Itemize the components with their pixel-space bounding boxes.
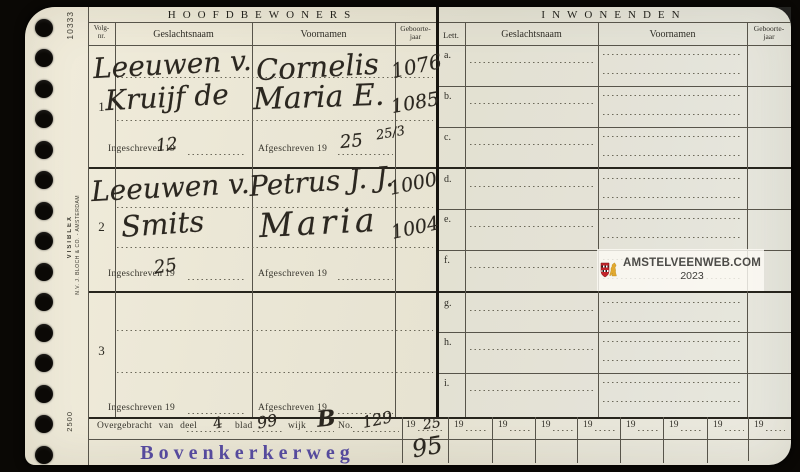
punch-hole	[35, 354, 53, 372]
column-header-volgnr: Volg- nr.	[88, 25, 115, 40]
grid-line	[492, 417, 493, 463]
column-header-voornamen: Voornamen	[252, 29, 395, 40]
year-cell-label: 19	[669, 420, 679, 430]
wijk-label: wijk	[288, 421, 306, 431]
printer-company-label: N.V. J. BLOCH & CO. - AMSTERDAM	[75, 195, 81, 295]
column-header-geboortejaar: Geboorte- jaar	[395, 25, 436, 41]
afgeschreven-label: Afgeschreven 19	[258, 269, 327, 279]
street-name-stamp: Bovenkerkerweg	[120, 442, 375, 465]
grid-line	[535, 417, 536, 463]
inwonenden-row: h.	[437, 332, 791, 373]
writing-line	[188, 154, 246, 155]
row-letter: h.	[444, 337, 452, 348]
inwonenden-row: b.	[437, 86, 791, 127]
punch-hole	[35, 19, 53, 37]
writing-line	[638, 430, 659, 431]
grid-line	[620, 417, 621, 463]
punch-hole	[35, 263, 53, 281]
grid-line	[402, 417, 403, 463]
ingeschreven-label: Ingeschreven 19	[108, 403, 175, 413]
grid-line	[707, 417, 708, 463]
writing-line	[117, 247, 433, 248]
punch-hole	[35, 415, 53, 433]
margin-line	[88, 7, 89, 465]
punch-hole	[35, 446, 53, 464]
writing-line	[725, 430, 744, 431]
punch-hole	[35, 171, 53, 189]
row-letter: a.	[444, 50, 451, 61]
row-letter: c.	[444, 132, 451, 143]
logo-year: 2023	[680, 270, 703, 283]
row-letter: e.	[444, 214, 451, 225]
row-letter: b.	[444, 91, 452, 102]
handwritten-year-below: 95	[410, 431, 445, 464]
punch-hole	[35, 49, 53, 67]
amstelveen-coat-of-arms-icon	[600, 254, 620, 286]
no-label: No.	[338, 421, 353, 431]
card-serial-number: 10333	[65, 11, 75, 40]
logo-text: AMSTELVEENWEB.COM 2023	[623, 257, 761, 283]
grid-line	[252, 22, 253, 417]
punch-hole	[35, 80, 53, 98]
column-header-lett: Lett.	[437, 30, 465, 40]
writing-line	[187, 431, 232, 432]
handwritten-surname: Leeuwen v.	[90, 167, 250, 208]
logo-site-name: AMSTELVEENWEB.COM	[623, 257, 761, 270]
column-header-geslachtsnaam: Geslachtsnaam	[115, 29, 252, 40]
handwritten-no: 129	[360, 407, 394, 432]
grid-line	[88, 22, 791, 23]
print-run-number: 2500	[65, 411, 74, 432]
writing-line	[681, 430, 703, 431]
amstelveenweb-logo: AMSTELVEENWEB.COM 2023	[597, 249, 764, 291]
handwritten-surname: Smits	[120, 204, 205, 244]
year-cell-label: 19	[713, 420, 723, 430]
column-header-voornamen-2: Voornamen	[598, 29, 747, 40]
row-letter: i.	[444, 378, 449, 389]
handwritten-ingeschreven-year: 25	[153, 255, 179, 279]
year-cell-label: 19	[626, 420, 636, 430]
inwonenden-row: a.	[437, 45, 791, 86]
column-header-geboortejaar-2: Geboorte- jaar	[747, 25, 791, 41]
inwonenden-row: g.	[437, 293, 791, 334]
writing-line	[253, 431, 283, 432]
block-number: 3	[88, 343, 115, 359]
punch-hole	[35, 202, 53, 220]
writing-line	[117, 120, 433, 121]
writing-line	[766, 430, 785, 431]
handwritten-surname: Leeuwen v.	[92, 44, 252, 85]
handwritten-surname: Kruijf de	[104, 78, 229, 117]
handwritten-birthyear: 1085	[389, 88, 440, 118]
writing-line	[466, 430, 488, 431]
row-letter: d.	[444, 174, 452, 185]
inwonenden-row: c.	[437, 127, 791, 168]
inwonenden-row: e.	[437, 209, 791, 250]
handwritten-afgeschreven-year: 25	[339, 130, 364, 153]
writing-line	[117, 372, 433, 373]
afgeschreven-label: Afgeschreven 19	[258, 144, 327, 154]
year-cell-label: 19	[754, 420, 764, 430]
writing-line	[188, 279, 246, 280]
grid-line	[448, 417, 449, 463]
block-number: 2	[88, 219, 115, 235]
column-header-geboortejaar2-line2: jaar	[763, 32, 774, 41]
handwritten-firstname: Maria	[258, 200, 379, 245]
writing-line	[553, 430, 573, 431]
year-cell-label: 19	[406, 420, 416, 430]
column-header-geslachtsnaam-2: Geslachtsnaam	[465, 29, 598, 40]
grid-line	[577, 417, 578, 463]
register-card: 10333 VISIBLEX N.V. J. BLOCH & CO. - AMS…	[25, 7, 791, 465]
punch-hole	[35, 324, 53, 342]
punch-hole	[35, 110, 53, 128]
overgebracht-label: Overgebracht van deel	[97, 421, 197, 431]
writing-line	[338, 154, 393, 155]
lion-icon	[610, 263, 617, 276]
inwonenden-title: INWONENDEN	[437, 9, 791, 21]
blad-label: blad	[235, 421, 253, 431]
column-header-geboortejaar-line2: jaar	[410, 32, 421, 41]
row-letter: f.	[444, 255, 450, 266]
handwritten-birthyear: 1004	[389, 212, 441, 244]
punch-hole	[35, 385, 53, 403]
inwonenden-row: i.	[437, 373, 791, 414]
handwritten-blad: 99	[256, 410, 279, 432]
handwritten-wijk: B	[316, 405, 337, 433]
grid-line	[663, 417, 664, 463]
handwritten-ingeschreven-year: 12	[155, 134, 179, 156]
year-cell-label: 19	[454, 420, 464, 430]
punch-hole	[35, 141, 53, 159]
writing-line	[353, 431, 399, 432]
inwonenden-row: d.	[437, 169, 791, 210]
writing-line	[338, 279, 393, 280]
writing-line	[595, 430, 616, 431]
handwritten-firstname: Maria E.	[252, 78, 385, 118]
punch-hole	[35, 293, 53, 311]
handwritten-afgeschreven-date: 25/3	[375, 124, 406, 144]
year-cell-label: 19	[541, 420, 551, 430]
writing-line	[510, 430, 531, 431]
year-cell-label: 19	[498, 420, 508, 430]
column-header-volgnr-line2: nr.	[98, 32, 105, 40]
year-cell-label: 19	[583, 420, 593, 430]
grid-line	[748, 417, 749, 461]
printer-brand-label: VISIBLEX	[67, 215, 73, 258]
punch-hole	[35, 232, 53, 250]
row-letter: g.	[444, 298, 452, 309]
writing-line	[117, 330, 433, 331]
hoofdbewoners-title: HOOFDBEWONERS	[88, 9, 437, 21]
